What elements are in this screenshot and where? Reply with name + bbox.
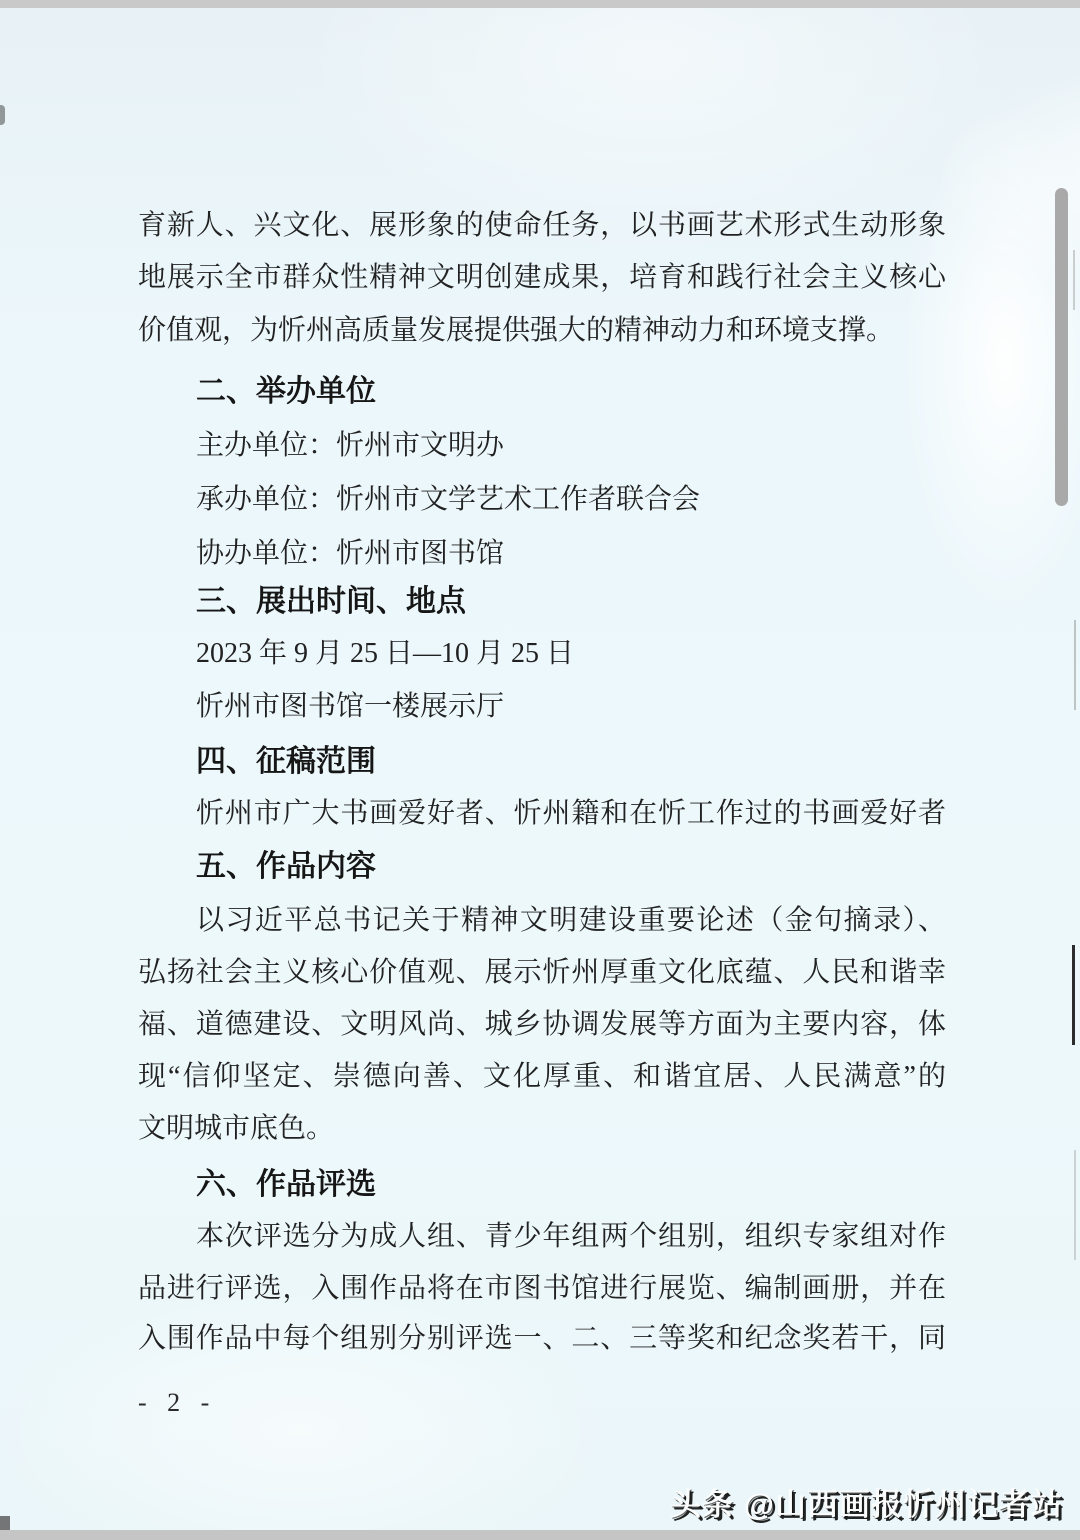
scan-edge-artifact — [1074, 620, 1076, 710]
content-line: 弘扬社会主义核心价值观、展示忻州厚重文化底蕴、人民和谐幸 — [138, 953, 946, 993]
content-line: 以习近平总书记关于精神文明建设重要论述（金句摘录）、 — [138, 901, 946, 941]
organizer-line: 协办单位：忻州市图书馆 — [138, 534, 946, 574]
selection-line: 入围作品中每个组别分别评选一、二、三等奖和纪念奖若干，同 — [138, 1319, 946, 1359]
page-number: - 2 - — [138, 1388, 216, 1418]
bottom-edge-bar — [0, 1530, 1080, 1540]
scanned-document-view: 育新人、兴文化、展形象的使命任务，以书画艺术形式生动形象 地展示全市群众性精神文… — [0, 0, 1080, 1540]
section-heading-selection: 六、作品评选 — [138, 1165, 946, 1205]
scan-edge-artifact — [0, 105, 5, 125]
content-line: 文明城市底色。 — [138, 1109, 946, 1149]
toutiao-watermark: 头条 @山西画报忻州记者站 — [670, 1479, 1063, 1524]
scope-line: 忻州市广大书画爱好者、忻州籍和在忻工作过的书画爱好者 — [138, 794, 946, 834]
selection-line: 本次评选分为成人组、青少年组两个组别，组织专家组对作 — [138, 1217, 946, 1257]
section-heading-time-place: 三、展出时间、地点 — [138, 582, 946, 622]
content-line: 现“信仰坚定、崇德向善、文化厚重、和谐宜居、人民满意”的 — [138, 1057, 946, 1097]
exhibition-place-line: 忻州市图书馆一楼展示厅 — [138, 687, 946, 727]
section-heading-content: 五、作品内容 — [138, 847, 946, 887]
intro-line: 育新人、兴文化、展形象的使命任务，以书画艺术形式生动形象 — [138, 206, 946, 246]
organizer-line: 主办单位：忻州市文明办 — [138, 426, 946, 466]
scan-edge-artifact — [1072, 945, 1075, 1045]
scan-edge-artifact — [1074, 1150, 1076, 1260]
scrollbar-thumb[interactable] — [1055, 188, 1068, 506]
section-heading-organizers: 二、举办单位 — [138, 372, 946, 412]
organizer-line: 承办单位：忻州市文学艺术工作者联合会 — [138, 480, 946, 520]
intro-line: 价值观，为忻州高质量发展提供强大的精神动力和环境支撑。 — [138, 311, 946, 351]
intro-line: 地展示全市群众性精神文明创建成果，培育和践行社会主义核心 — [138, 258, 946, 298]
document-page: 育新人、兴文化、展形象的使命任务，以书画艺术形式生动形象 地展示全市群众性精神文… — [0, 0, 1080, 1540]
content-line: 福、道德建设、文明风尚、城乡协调发展等方面为主要内容，体 — [138, 1005, 946, 1045]
exhibition-date-line: 2023 年 9 月 25 日—10 月 25 日 — [138, 634, 946, 674]
selection-line: 品进行评选，入围作品将在市图书馆进行展览、编制画册，并在 — [138, 1269, 946, 1309]
scan-edge-artifact — [1073, 250, 1075, 310]
section-heading-scope: 四、征稿范围 — [138, 742, 946, 782]
